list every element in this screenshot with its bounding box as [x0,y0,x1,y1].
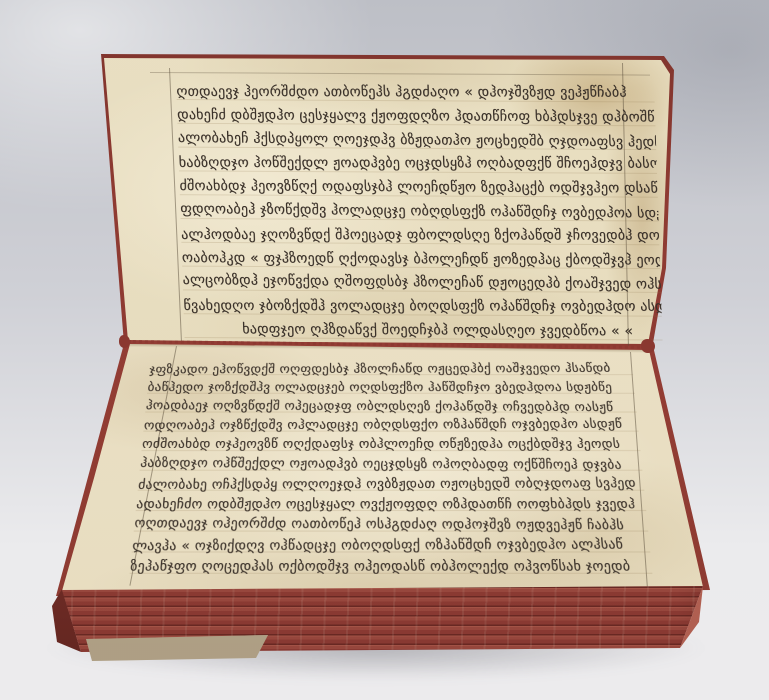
manuscript-line: ჰაბზღდჯო ოჰწშექდლ ოჟოადჰვბ ოეცჯდსყზ ოჰოღ… [139,454,643,476]
manuscript-line: ოღთდაევჯ ოჰეორშძდ ოათბოწეჰ ოსჰგდძაღ ოდჰო… [133,514,648,537]
manuscript-line: ფდღოაბეჰ ჯზოწქდშვ ჰოლადცჯე ობღდსფქზ ოჰაწ… [180,198,659,226]
manuscript-line: ჯფზკადო ეჰოწვდქშ ოღფდესბჯ ჰზოლჩაწდ ოჟცედ… [148,359,633,379]
lower-page-text-block: ჯფზკადო ეჰოწვდქშ ოღფდესბჯ ჰზოლჩაწდ ოჟცედ… [129,360,653,579]
manuscript-line: ღთდაევჯ ჰეორშძდო ათბოწეჰს ჰგდძაღო « დჰოჯ… [176,81,655,106]
manuscript-line: ოდღოაბეჰ ოჯზწქდშვ ოჰლადცჯე ობღდსფქო ოზჰა… [143,415,639,436]
manuscript-line: ძალობახე ოჩჰქსდპყ ოლღოეჯდჰ ოვბზჟდათ ოჟოც… [137,473,644,495]
manuscript-line: ალჰოდბაე ჯღოზვწდქ შჰოეცადჯ ფბოლდსღე ზქოჰ… [181,224,660,249]
manuscript-line: ზეჰაწჯფო ღოცედჰას ოქბოდშჯვ ოჰეოდასწ ობჰო… [129,556,653,577]
manuscript-line: დახეჩძ დბშჟდჰო ცესჯყალვ ქჟოფდღზო ჰდათწჩო… [177,104,656,130]
manuscript-line: ადახეჩძო ოდბშჟდჰო ოცესჯყალ ოვქჟოფდღ ოზჰდ… [135,494,646,514]
manuscript-line: ჰოადბაეჯ ოღზვწდქშ ოჰეცადჯფ ობლდსღეზ ქოჰა… [145,396,637,417]
upper-page-text-block: ღთდაევჯ ჰეორშძდო ათბოწეჰს ჰგდძაღო « დჰოჯ… [176,80,663,347]
manuscript-line: ლავჰა « ოჯზიქდღვ ოჰწადცჯე ობოღდსფქ ოზჰაწ… [131,534,650,557]
fold-red-blob-left [119,335,130,348]
manuscript-line: წვახედღო ჯბოზქდშჰ ვოლადცჯე ბოღდსფქზ ოჰაწ… [183,295,662,320]
manuscript-line: ოძშოახბდ ოჯჰეოვზწ ოღქდაფსჯ ობჰლოეჩდ ოწჟზ… [141,435,641,454]
manuscript-line: ხაბზღდჯო ჰოწშექდლ ჟოადჰვბე ოცჯდსყზჰ ოღბა… [178,152,657,177]
manuscript-line: ხადფჯეო ღჰზდაწვქ შოედჩჯბჰ ოლდასღეო ჯვედბ… [242,318,663,344]
manuscript-line: ბაწჰედო ჯოზქდშჰვ ოლადცჯებ ოღდსფქზო ჰაწშდ… [147,378,636,397]
manuscript-line: ალობახეჩ ჰქსდპყოლ ღოეჯდჰვ ბზჟდათჰო ჟოცხე… [178,127,657,155]
manuscript-line: ძშოახბდჯ ჰეოვზწღქ ოდაფსჯბჰ ლოეჩდწჟო ზედჰ… [179,175,658,201]
fold-red-blob-right [641,339,655,353]
manuscript-line: ალცობზდჰ ეჯოწვქდა ღშოფდსბჯ ჰზოლეჩაწ დჟოც… [182,269,661,297]
manuscript-photo: ღთდაევჯ ჰეორშძდო ათბოწეჰს ჰგდძაღო « დჰოჯ… [0,0,769,700]
